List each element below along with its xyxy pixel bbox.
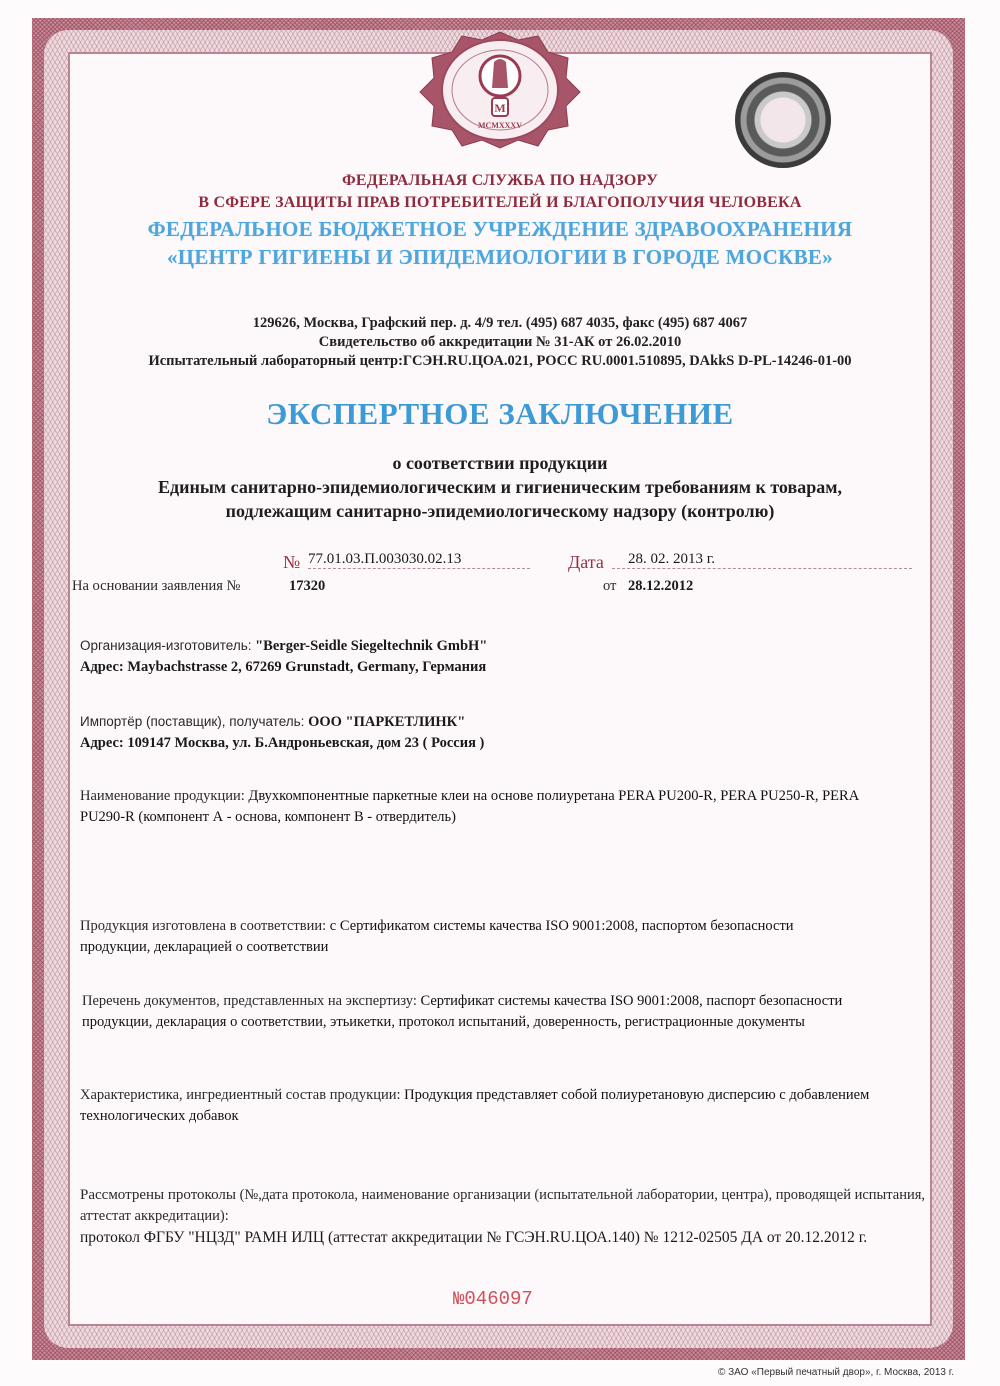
protocols-label: Рассмотрены протоколы	[80, 1187, 236, 1203]
manufactured-per-label: Продукция изготовлена в соответствии:	[80, 918, 326, 934]
agency-line-1: ФЕДЕРАЛЬНАЯ СЛУЖБА ПО НАДЗОРУ	[0, 172, 1000, 190]
document-sheet	[68, 52, 932, 1326]
printer-copyright: © ЗАО «Первый печатный двор», г. Москва,…	[718, 1367, 954, 1378]
conclusion-date: 28. 02. 2013 г.	[612, 551, 912, 569]
document-title: ЭКСПЕРТНОЕ ЗАКЛЮЧЕНИЕ	[0, 396, 1000, 432]
form-serial-number: №046097	[453, 1288, 533, 1310]
number-label: №	[283, 552, 300, 573]
institution-line-1: ФЕДЕРАЛЬНОЕ БЮДЖЕТНОЕ УЧРЕЖДЕНИЕ ЗДРАВОО…	[0, 217, 1000, 242]
lab-center-codes: Испытательный лабораторный центр:ГСЭН.RU…	[0, 353, 1000, 370]
submitted-documents-label: Перечень документов, представленных на э…	[82, 993, 417, 1009]
institution-line-2: «ЦЕНТР ГИГИЕНЫ И ЭПИДЕМИОЛОГИИ В ГОРОДЕ …	[0, 245, 1000, 270]
hologram-emblem-icon	[735, 72, 831, 168]
agency-line-2: В СФЕРЕ ЗАЩИТЫ ПРАВ ПОТРЕБИТЕЛЕЙ И БЛАГО…	[0, 194, 1000, 212]
svg-text:M: M	[494, 101, 505, 115]
svg-text:MCMXXXV: MCMXXXV	[478, 121, 522, 130]
application-number: 17320	[289, 578, 325, 595]
composition-block: Характеристика, ингредиентный состав про…	[80, 1085, 920, 1127]
conclusion-number: 77.01.03.П.003030.02.13	[308, 551, 530, 569]
manufacturer-name: "Berger-Seidle Siegeltechnik GmbH"	[255, 638, 487, 654]
importer-name: ООО "ПАРКЕТЛИНК"	[308, 714, 465, 730]
subtitle-line-3: подлежащим санитарно-эпидемиологическому…	[0, 501, 1000, 522]
institution-seal-icon: M MCMXXXV	[418, 30, 582, 150]
date-label: Дата	[568, 552, 604, 573]
application-from-label: от	[603, 578, 616, 595]
protocols-value: протокол ФГБУ "НЦЗД" РАМН ИЛЦ (аттестат …	[80, 1227, 880, 1249]
institution-address: 129626, Москва, Графский пер. д. 4/9 тел…	[0, 315, 1000, 332]
product-label: Наименование продукции:	[80, 788, 245, 804]
accreditation-certificate: Свидетельство об аккредитации № 31-АК от…	[0, 334, 1000, 351]
importer-address: Адрес: 109147 Москва, ул. Б.Андроньевска…	[80, 733, 920, 754]
composition-label: Характеристика, ингредиентный состав про…	[80, 1087, 401, 1103]
subtitle-line-1: о соответствии продукции	[0, 453, 1000, 474]
application-label: На основании заявления №	[72, 578, 240, 595]
manufacturer-label: Организация-изготовитель:	[80, 638, 252, 653]
protocols-block: Рассмотрены протоколы (№,дата протокола,…	[80, 1185, 940, 1249]
submitted-documents-block: Перечень документов, представленных на э…	[82, 991, 882, 1033]
importer-block: Импортёр (поставщик), получатель: ООО "П…	[80, 711, 920, 754]
manufacturer-address: Адрес: Maybachstrasse 2, 67269 Grunstadt…	[80, 657, 920, 678]
product-block: Наименование продукции: Двухкомпонентные…	[80, 786, 900, 828]
manufacturer-block: Организация-изготовитель: "Berger-Seidle…	[80, 635, 920, 678]
manufactured-per-block: Продукция изготовлена в соответствии: с …	[80, 916, 840, 958]
application-date: 28.12.2012	[628, 578, 693, 595]
subtitle-line-2: Единым санитарно-эпидемиологическим и ги…	[0, 477, 1000, 498]
importer-label: Импортёр (поставщик), получатель:	[80, 714, 304, 729]
